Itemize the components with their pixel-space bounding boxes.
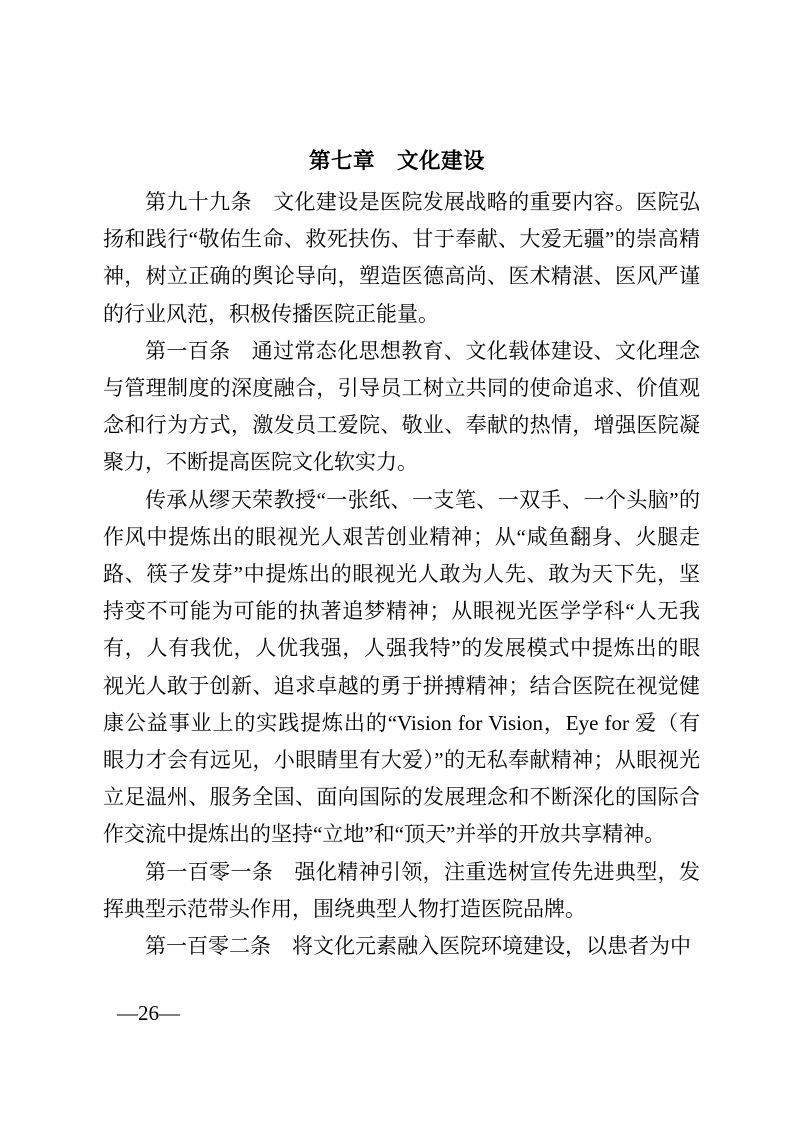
document-page: 第七章 文化建设 第九十九条 文化建设是医院发展战略的重要内容。医院弘扬和践行“… bbox=[0, 0, 794, 1123]
paragraph-article-102: 第一百零二条 将文化元素融入医院环境建设，以患者为中 bbox=[103, 928, 700, 965]
document-body: 第九十九条 文化建设是医院发展战略的重要内容。医院弘扬和践行“敬佑生命、救死扶伤… bbox=[103, 184, 700, 965]
chapter-title: 第七章 文化建设 bbox=[0, 148, 794, 175]
page-number: —26— bbox=[117, 1000, 180, 1026]
paragraph-article-99: 第九十九条 文化建设是医院发展战略的重要内容。医院弘扬和践行“敬佑生命、救死扶伤… bbox=[103, 184, 700, 333]
paragraph-article-100: 第一百条 通过常态化思想教育、文化载体建设、文化理念与管理制度的深度融合，引导员… bbox=[103, 333, 700, 482]
paragraph-article-101: 第一百零一条 强化精神引领，注重选树宣传先进典型，发挥典型示范带头作用，围绕典型… bbox=[103, 854, 700, 928]
paragraph-heritage-spirit: 传承从缪天荣教授“一张纸、一支笔、一双手、一个头脑”的作风中提炼出的眼视光人艰苦… bbox=[103, 482, 700, 854]
